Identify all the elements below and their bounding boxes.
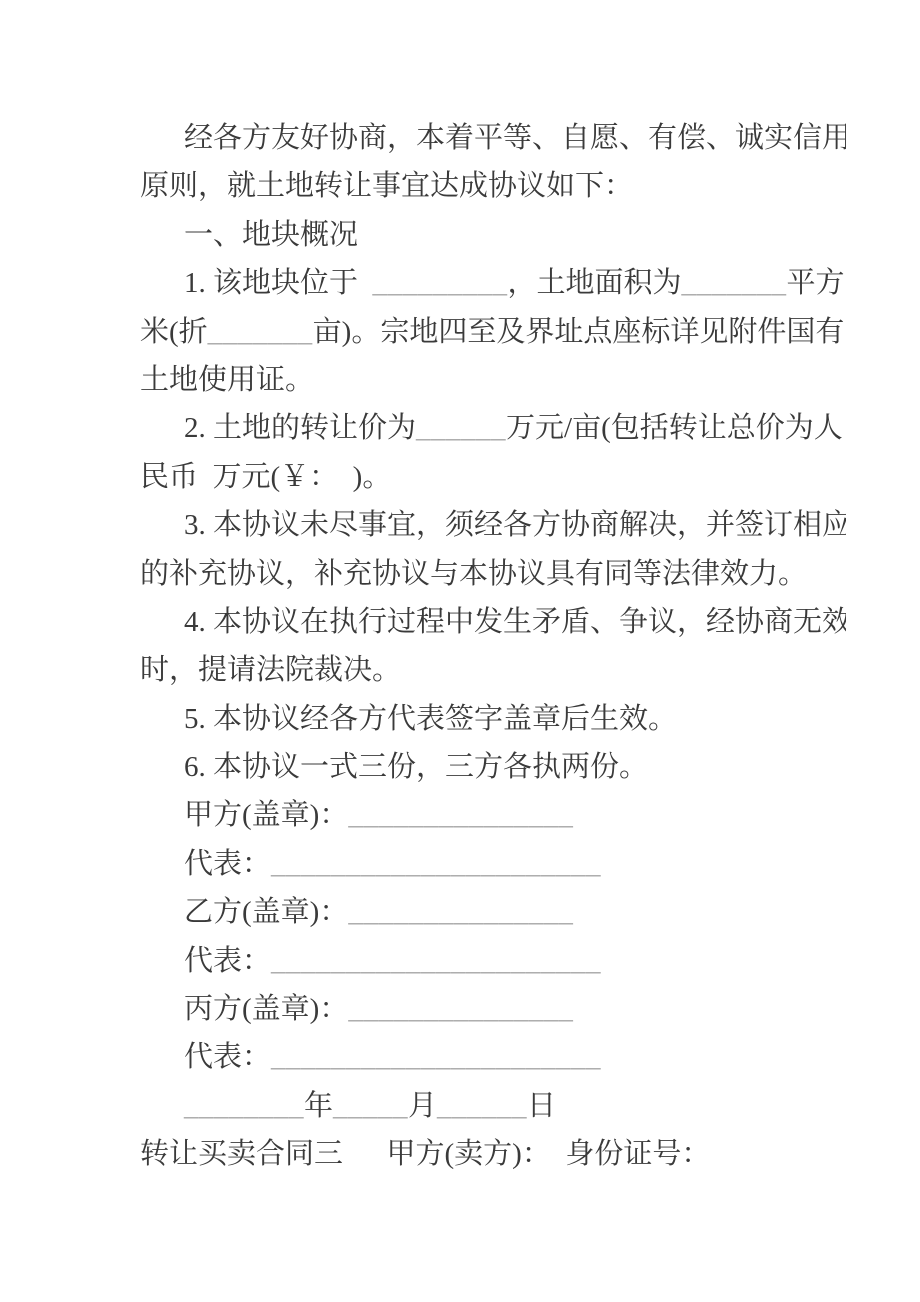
- text-segment: 转让买卖合同三: [140, 1138, 343, 1170]
- text-segment: 土地使用证。: [140, 364, 314, 396]
- text-segment: 原则，就土地转让事宜达成协议如下：: [140, 170, 633, 202]
- document-line: 4. 本协议在执行过程中发生矛盾、争议，经协商无效: [140, 598, 846, 646]
- document-line: 原则，就土地转让事宜达成协议如下：: [140, 162, 846, 210]
- blank-field: _______________: [348, 799, 573, 831]
- text-segment: 米(折: [140, 316, 208, 348]
- document-line: 时，提请法院裁决。: [140, 646, 846, 694]
- document-body: 经各方友好协商，本着平等、自愿、有偿、诚实信用原则，就土地转让事宜达成协议如下：…: [140, 114, 846, 1179]
- text-segment: 经各方友好协商，本着平等、自愿、有偿、诚实信用: [184, 122, 846, 154]
- text-segment: 月: [408, 1090, 437, 1122]
- document-line: 5. 本协议经各方代表签字盖章后生效。: [140, 695, 846, 743]
- text-segment: 平方: [787, 267, 845, 299]
- text-segment: 万元/亩(包括转让总价为人: [506, 412, 843, 444]
- document-line: 3. 本协议未尽事宜，须经各方协商解决，并签订相应: [140, 501, 846, 549]
- text-segment: 时，提请法院裁决。: [140, 654, 401, 686]
- document-line: 6. 本协议一式三份，三方各执两份。: [140, 743, 846, 791]
- text-segment: 代表：: [184, 1041, 271, 1073]
- document-line: 经各方友好协商，本着平等、自愿、有偿、诚实信用: [140, 114, 846, 162]
- text-segment: 甲方(盖章)：: [184, 799, 348, 831]
- document-line: 土地使用证。: [140, 356, 846, 404]
- text-segment: 2. 土地的转让价为: [184, 412, 416, 444]
- document-line: 甲方(盖章)：_______________: [140, 791, 846, 839]
- text-segment: [343, 1138, 387, 1170]
- text-segment: 1. 该地块位于: [184, 267, 373, 299]
- text-segment: 代表：: [184, 945, 271, 977]
- text-segment: 4. 本协议在执行过程中发生矛盾、争议，经协商无效: [184, 606, 846, 638]
- blank-field: ______: [437, 1090, 527, 1122]
- blank-field: ______________________: [271, 1041, 601, 1073]
- blank-field: _________: [373, 267, 508, 299]
- blank-field: _______: [682, 267, 787, 299]
- blank-field: ______________________: [271, 848, 601, 880]
- blank-field: _______________: [348, 896, 573, 928]
- blank-field: ______: [416, 412, 506, 444]
- text-segment: 亩)。宗地四至及界址点座标详见附件国有: [313, 316, 845, 348]
- document-line: 丙方(盖章)：_______________: [140, 985, 846, 1033]
- document-line: 的补充协议，补充协议与本协议具有同等法律效力。: [140, 550, 846, 598]
- text-segment: 的补充协议，补充协议与本协议具有同等法律效力。: [140, 558, 807, 590]
- blank-field: _______________: [348, 993, 573, 1025]
- document-line: 1. 该地块位于 _________，土地面积为_______平方: [140, 259, 846, 307]
- document-line: 米(折_______亩)。宗地四至及界址点座标详见附件国有: [140, 308, 846, 356]
- document-line: 代表：______________________: [140, 1033, 846, 1081]
- document-line: 乙方(盖章)：_______________: [140, 888, 846, 936]
- contract-document-page: 经各方友好协商，本着平等、自愿、有偿、诚实信用原则，就土地转让事宜达成协议如下：…: [0, 0, 920, 1302]
- text-segment: [551, 1138, 566, 1170]
- document-line: 2. 土地的转让价为______万元/亩(包括转让总价为人: [140, 404, 846, 452]
- text-segment: 6. 本协议一式三份，三方各执两份。: [184, 751, 648, 783]
- text-segment: 甲方(卖方)：: [387, 1138, 551, 1170]
- document-line: 代表：______________________: [140, 937, 846, 985]
- text-segment: 年: [304, 1090, 333, 1122]
- text-segment: 乙方(盖章)：: [184, 896, 348, 928]
- document-line: 转让买卖合同三 甲方(卖方)： 身份证号：: [140, 1130, 846, 1178]
- text-segment: 身份证号：: [565, 1138, 710, 1170]
- text-segment: 5. 本协议经各方代表签字盖章后生效。: [184, 703, 677, 735]
- blank-field: _______: [208, 316, 313, 348]
- blank-field: _____: [333, 1090, 408, 1122]
- text-segment: 丙方(盖章)：: [184, 993, 348, 1025]
- document-line: 民币 万元(￥： )。: [140, 453, 846, 501]
- text-segment: 3. 本协议未尽事宜，须经各方协商解决，并签订相应: [184, 509, 846, 541]
- document-line: ________年_____月______日: [140, 1082, 846, 1130]
- text-segment: 民币 万元(￥： )。: [140, 461, 391, 493]
- document-line: 代表：______________________: [140, 840, 846, 888]
- text-segment: 日: [527, 1090, 556, 1122]
- document-line: 一、地块概况: [140, 211, 846, 259]
- text-segment: 代表：: [184, 848, 271, 880]
- blank-field: ______________________: [271, 945, 601, 977]
- text-segment: 一、地块概况: [184, 219, 358, 251]
- blank-field: ________: [184, 1090, 304, 1122]
- text-segment: ，土地面积为: [508, 267, 682, 299]
